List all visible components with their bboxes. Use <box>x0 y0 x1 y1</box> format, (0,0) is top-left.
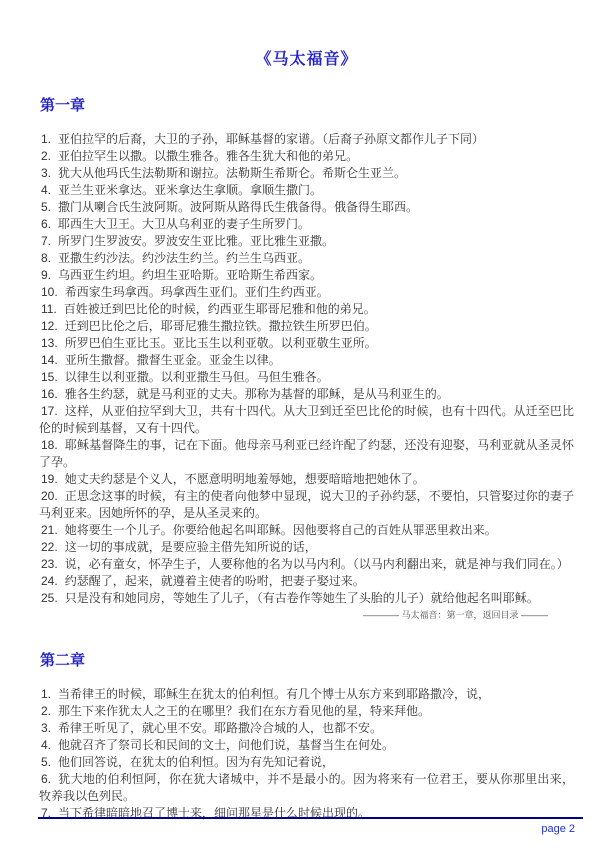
verse-number: 20. <box>41 488 58 505</box>
verse-number: 3. <box>41 165 51 182</box>
verse-number: 24. <box>41 573 58 590</box>
verse-text: 这一切的事成就，是要应验主借先知所说的话， <box>65 540 317 554</box>
verse-number: 5. <box>41 199 51 216</box>
verse-item: 8.亚撒生约沙法。约沙法生约兰。约兰生乌西亚。 <box>39 250 574 267</box>
chapters-container: 第一章1.亚伯拉罕的后裔，大卫的子孙，耶稣基督的家谱。（后裔子孙原文都作儿子下同… <box>39 94 574 822</box>
verse-number: 19. <box>41 471 58 488</box>
verse-item: 25.只是没有和她同房，等她生了儿子，（有古卷作等她生了头胎的儿子）就给他起名叫… <box>39 590 574 607</box>
verse-number: 21. <box>41 522 58 539</box>
verse-text: 所罗门生罗波安。罗波安生亚比雅。亚比雅生亚撒。 <box>58 234 334 248</box>
verse-item: 9.乌西亚生约坦。约坦生亚哈斯。亚哈斯生希西家。 <box>39 267 574 284</box>
verse-item: 5.他们回答说，在犹太的伯利恒。因为有先知记着说， <box>39 754 574 771</box>
chapter-heading: 第一章 <box>40 94 574 115</box>
verse-text: 耶稣基督降生的事，记在下面。他母亲马利亚已经许配了约瑟，还没有迎娶，马利亚就从圣… <box>39 438 574 469</box>
page-number: page 2 <box>38 823 583 835</box>
verse-item: 4.亚兰生亚米拿达。亚米拿达生拿顺。拿顺生撒门。 <box>39 182 574 199</box>
verse-number: 22. <box>41 539 58 556</box>
verse-item: 2.亚伯拉罕生以撒。以撒生雅各。雅各生犹大和他的弟兄。 <box>39 148 574 165</box>
verse-number: 4. <box>41 737 51 754</box>
verse-text: 撒门从喇合氏生波阿斯。波阿斯从路得氏生俄备得。俄备得生耶西。 <box>58 200 418 214</box>
verse-number: 2. <box>41 703 51 720</box>
verse-item: 3.希律王听见了，就心里不安。耶路撒冷合城的人，也都不安。 <box>39 720 574 737</box>
verse-text: 亚兰生亚米拿达。亚米拿达生拿顺。拿顺生撒门。 <box>58 183 322 197</box>
verse-item: 7.所罗门生罗波安。罗波安生亚比雅。亚比雅生亚撒。 <box>39 233 574 250</box>
verse-number: 3. <box>41 720 51 737</box>
verse-number: 4. <box>41 182 51 199</box>
verse-item: 12.迁到巴比伦之后，耶哥尼雅生撒拉铁。撒拉铁生所罗巴伯。 <box>39 318 574 335</box>
verse-item: 5.撒门从喇合氏生波阿斯。波阿斯从路得氏生俄备得。俄备得生耶西。 <box>39 199 574 216</box>
verse-item: 20.正思念这事的时候，有主的使者向他梦中显现，说大卫的子孙约瑟，不要怕，只管娶… <box>39 488 574 522</box>
verse-number: 5. <box>41 754 51 771</box>
verse-text: 只是没有和她同房，等她生了儿子，（有古卷作等她生了头胎的儿子）就给他起名叫耶稣。 <box>65 591 539 605</box>
verse-item: 21.她将要生一个儿子。你要给他起名叫耶稣。因他要将自己的百姓从罪恶里救出来。 <box>39 522 574 539</box>
verse-number: 1. <box>41 686 51 703</box>
verse-number: 7. <box>41 233 51 250</box>
verse-number: 6. <box>41 771 51 788</box>
verse-item: 18.耶稣基督降生的事，记在下面。他母亲马利亚已经许配了约瑟，还没有迎娶，马利亚… <box>39 437 574 471</box>
verse-item: 14.亚所生撒督。撒督生亚金。亚金生以律。 <box>39 352 574 369</box>
verse-item: 17.这样，从亚伯拉罕到大卫，共有十四代。从大卫到迁至巴比伦的时候，也有十四代。… <box>39 403 574 437</box>
verse-text: 犹大从他玛氏生法勒斯和谢拉。法勒斯生希斯仑。希斯仑生亚兰。 <box>58 166 406 180</box>
verse-item: 13.所罗巴伯生亚比玉。亚比玉生以利亚敬。以利亚敬生亚所。 <box>39 335 574 352</box>
verse-number: 8. <box>41 250 51 267</box>
verse-item: 16.雅各生约瑟，就是马利亚的丈夫。那称为基督的耶稣，是从马利亚生的。 <box>39 386 574 403</box>
verse-text: 这样，从亚伯拉罕到大卫，共有十四代。从大卫到迁至巴比伦的时候，也有十四代。从迁至… <box>39 404 574 435</box>
verse-text: 当希律王的时候，耶稣生在犹太的伯利恒。有几个博士从东方来到耶路撒冷，说， <box>58 687 490 701</box>
verse-number: 15. <box>41 369 58 386</box>
verse-text: 百姓被迁到巴比伦的时候，约西亚生耶哥尼雅和他的弟兄。 <box>64 302 376 316</box>
verse-number: 23. <box>41 556 58 573</box>
verse-text: 说，必有童女，怀孕生子，人要称他的名为以马内利。（以马内利翻出来，就是神与我们同… <box>65 557 569 571</box>
verse-text: 雅各生约瑟，就是马利亚的丈夫。那称为基督的耶稣，是从马利亚生的。 <box>65 387 449 401</box>
verse-list: 1.当希律王的时候，耶稣生在犹太的伯利恒。有几个博士从东方来到耶路撒冷，说，2.… <box>39 686 574 822</box>
chapter-heading: 第二章 <box>40 649 574 670</box>
verse-number: 1. <box>41 131 51 148</box>
verse-item: 19.她丈夫约瑟是个义人，不愿意明明地羞辱她，想要暗暗地把她休了。 <box>39 471 574 488</box>
verse-item: 1.亚伯拉罕的后裔，大卫的子孙，耶稣基督的家谱。（后裔子孙原文都作儿子下同） <box>39 131 574 148</box>
verse-number: 17. <box>41 403 58 420</box>
verse-item: 6.犹大地的伯利恒阿，你在犹大诸城中，并不是最小的。因为将来有一位君王，要从你那… <box>39 771 574 805</box>
footer-divider <box>38 817 583 819</box>
verse-number: 11. <box>41 301 57 318</box>
verse-text: 他们回答说，在犹太的伯利恒。因为有先知记着说， <box>58 755 334 769</box>
verse-number: 14. <box>41 352 58 369</box>
verse-item: 2.那生下来作犹太人之王的在哪里？我们在东方看见他的星，特来拜他。 <box>39 703 574 720</box>
verse-text: 耶西生大卫王。大卫从乌利亚的妻子生所罗门。 <box>58 217 310 231</box>
verse-text: 以律生以利亚撒。以利亚撒生马但。马但生雅各。 <box>65 370 329 384</box>
verse-text: 迁到巴比伦之后，耶哥尼雅生撒拉铁。撒拉铁生所罗巴伯。 <box>65 319 377 333</box>
verse-text: 亚伯拉罕的后裔，大卫的子孙，耶稣基督的家谱。（后裔子孙原文都作儿子下同） <box>58 132 484 146</box>
verse-number: 6. <box>41 216 51 233</box>
verse-item: 24.约瑟醒了，起来，就遵着主使者的吩咐，把妻子娶过来。 <box>39 573 574 590</box>
verse-item: 1.当希律王的时候，耶稣生在犹太的伯利恒。有几个博士从东方来到耶路撒冷，说， <box>39 686 574 703</box>
verse-text: 那生下来作犹太人之王的在哪里？我们在东方看见他的星，特来拜他。 <box>58 704 430 718</box>
verse-text: 约瑟醒了，起来，就遵着主使者的吩咐，把妻子娶过来。 <box>65 574 365 588</box>
verse-number: 9. <box>41 267 51 284</box>
verse-item: 11.百姓被迁到巴比伦的时候，约西亚生耶哥尼雅和他的弟兄。 <box>39 301 574 318</box>
verse-text: 犹大地的伯利恒阿，你在犹大诸城中，并不是最小的。因为将来有一位君王，要从你那里出… <box>39 772 574 803</box>
page-footer: page 2 <box>38 817 583 835</box>
verse-text: 他就召齐了祭司长和民间的文士，问他们说，基督当生在何处。 <box>58 738 394 752</box>
verse-text: 亚伯拉罕生以撒。以撒生雅各。雅各生犹大和他的弟兄。 <box>58 149 358 163</box>
verse-item: 6.耶西生大卫王。大卫从乌利亚的妻子生所罗门。 <box>39 216 574 233</box>
verse-text: 亚撒生约沙法。约沙法生约兰。约兰生乌西亚。 <box>58 251 310 265</box>
verse-text: 乌西亚生约坦。约坦生亚哈斯。亚哈斯生希西家。 <box>58 268 322 282</box>
verse-text: 她丈夫约瑟是个义人，不愿意明明地羞辱她，想要暗暗地把她休了。 <box>65 472 425 486</box>
verse-number: 12. <box>41 318 58 335</box>
verse-text: 她将要生一个儿子。你要给他起名叫耶稣。因他要将自己的百姓从罪恶里救出来。 <box>65 523 497 537</box>
page-container: 《马太福音》 第一章1.亚伯拉罕的后裔，大卫的子孙，耶稣基督的家谱。（后裔子孙原… <box>0 0 612 822</box>
document-page: { "page": { "title": "《马太福音》", "page_num… <box>0 0 612 861</box>
verse-item: 22.这一切的事成就，是要应验主借先知所说的话， <box>39 539 574 556</box>
verse-number: 18. <box>41 437 58 454</box>
verse-list: 1.亚伯拉罕的后裔，大卫的子孙，耶稣基督的家谱。（后裔子孙原文都作儿子下同）2.… <box>39 131 574 607</box>
verse-item: 10.希西家生玛拿西。玛拿西生亚们。亚们生约西亚。 <box>39 284 574 301</box>
verse-text: 所罗巴伯生亚比玉。亚比玉生以利亚敬。以利亚敬生亚所。 <box>65 336 377 350</box>
verse-text: 希律王听见了，就心里不安。耶路撒冷合城的人，也都不安。 <box>58 721 382 735</box>
verse-text: 亚所生撒督。撒督生亚金。亚金生以律。 <box>65 353 281 367</box>
verse-item: 15.以律生以利亚撒。以利亚撒生马但。马但生雅各。 <box>39 369 574 386</box>
verse-item: 23.说，必有童女，怀孕生子，人要称他的名为以马内利。（以马内利翻出来，就是神与… <box>39 556 574 573</box>
verse-item: 3.犹大从他玛氏生法勒斯和谢拉。法勒斯生希斯仑。希斯仑生亚兰。 <box>39 165 574 182</box>
verse-text: 希西家生玛拿西。玛拿西生亚们。亚们生约西亚。 <box>65 285 329 299</box>
verse-number: 25. <box>41 590 58 607</box>
verse-number: 13. <box>41 335 58 352</box>
verse-item: 4.他就召齐了祭司长和民间的文士，问他们说，基督当生在何处。 <box>39 737 574 754</box>
verse-number: 10. <box>41 284 58 301</box>
verse-number: 16. <box>41 386 58 403</box>
chapter-footer-note: ———— 马太福音：第一章，返回目录 ——— <box>39 607 574 624</box>
verse-text: 正思念这事的时候，有主的使者向他梦中显现，说大卫的子孙约瑟，不要怕，只管娶过你的… <box>39 489 574 520</box>
verse-number: 2. <box>41 148 51 165</box>
document-title: 《马太福音》 <box>39 46 574 69</box>
